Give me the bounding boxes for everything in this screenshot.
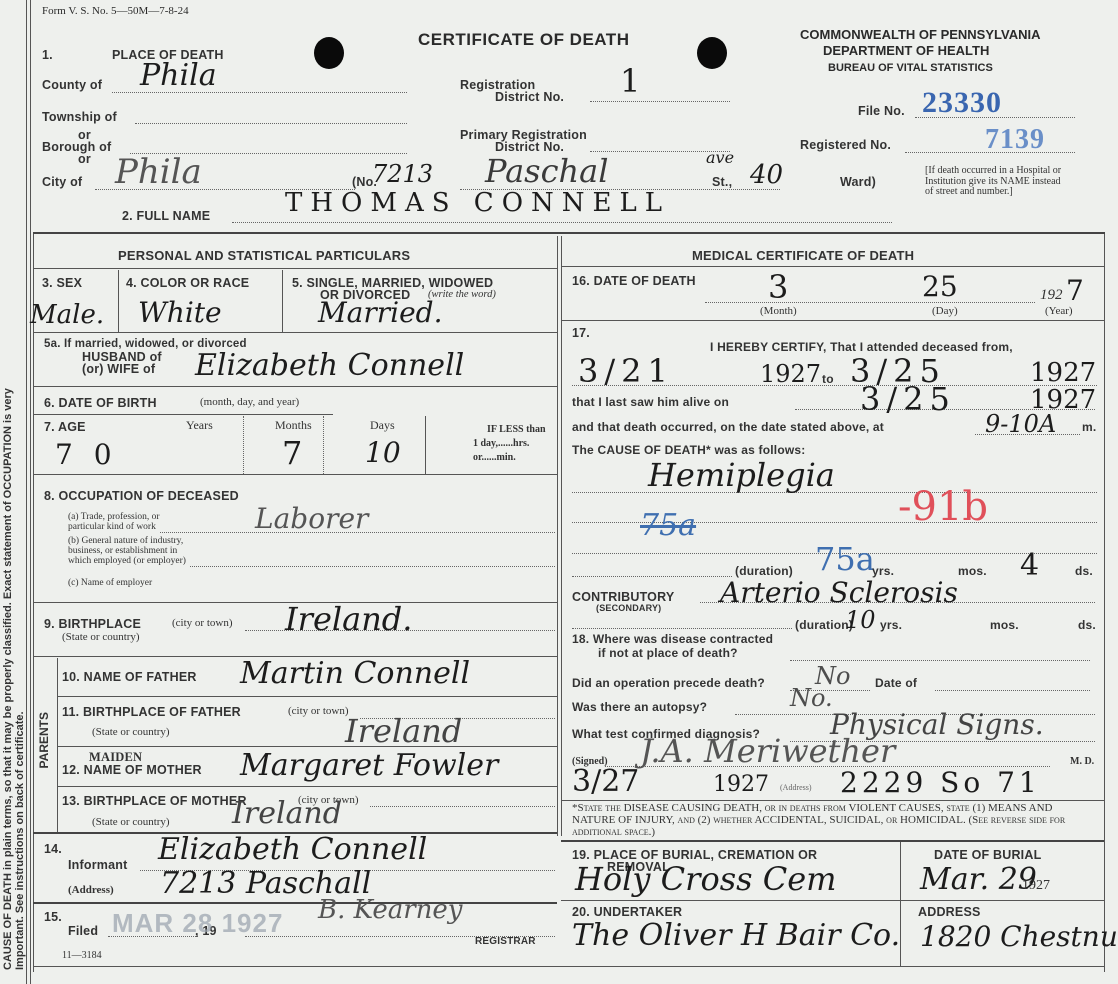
cell-divider bbox=[323, 416, 324, 474]
registered-no-label: Registered No. bbox=[800, 138, 891, 152]
birthplace-label: 9. BIRTHPLACE bbox=[44, 617, 141, 631]
where-label: 18. Where was disease contracted bbox=[572, 632, 773, 646]
agency-line2: DEPARTMENT OF HEALTH bbox=[823, 43, 989, 58]
row-divider bbox=[33, 268, 557, 269]
row-divider bbox=[33, 474, 557, 475]
filed-label: Filed bbox=[68, 924, 98, 938]
race-label: 4. COLOR OR RACE bbox=[126, 276, 249, 290]
day-label: (Day) bbox=[932, 306, 958, 317]
primary-reg-line bbox=[590, 151, 730, 152]
punch-hole bbox=[314, 37, 344, 69]
parents-side-label: PARENTS bbox=[37, 712, 51, 768]
days-label: Days bbox=[370, 420, 395, 431]
death-time-text: and that death occurred, on the date sta… bbox=[572, 420, 884, 434]
birthplace-note: (city or town) bbox=[172, 618, 232, 629]
agency-line3: BUREAU OF VITAL STATISTICS bbox=[828, 62, 993, 74]
occupation-value[interactable]: Laborer bbox=[255, 502, 368, 535]
column-divider bbox=[561, 236, 562, 836]
occ-a-label-2: particular kind of work bbox=[68, 522, 156, 533]
informant-address-label: (Address) bbox=[68, 885, 114, 896]
reg-district-value[interactable]: 1 bbox=[620, 62, 640, 100]
birthplace-note-2: (State or country) bbox=[62, 632, 140, 643]
borough-label: Borough of bbox=[42, 140, 111, 154]
mos-label-2: mos. bbox=[990, 618, 1019, 632]
ward-label: Ward) bbox=[840, 175, 876, 189]
burial-date-value[interactable]: Mar. 29 bbox=[920, 862, 1037, 897]
row-divider bbox=[57, 786, 557, 787]
age-label: 7. AGE bbox=[44, 420, 86, 434]
full-name-value[interactable]: THOMAS CONNELL bbox=[285, 188, 670, 218]
mother-birthplace-value[interactable]: Ireland bbox=[232, 796, 342, 831]
personal-heading: PERSONAL AND STATISTICAL PARTICULARS bbox=[118, 248, 410, 263]
birthplace-value[interactable]: Ireland. bbox=[285, 600, 412, 638]
cause-label: The CAUSE OF DEATH* was as follows: bbox=[572, 443, 805, 457]
less-than-label: IF LESS than bbox=[487, 424, 546, 435]
file-no-value[interactable]: 23330 bbox=[922, 86, 1002, 120]
primary-duration-mos[interactable]: 4 bbox=[1020, 548, 1039, 583]
attended-from-year[interactable]: 1927 bbox=[760, 360, 821, 388]
spouse-label-3: (or) WIFE of bbox=[82, 362, 155, 376]
contributory-duration-yrs[interactable]: 10 bbox=[845, 606, 876, 634]
dod-line bbox=[705, 302, 1035, 303]
row-divider bbox=[57, 696, 557, 697]
cell-divider bbox=[118, 270, 119, 332]
parents-divider bbox=[57, 658, 58, 832]
duration-line bbox=[572, 576, 732, 577]
informant-number: 14. bbox=[44, 842, 62, 856]
left-margin-rule bbox=[30, 0, 31, 984]
occupation-label: 8. OCCUPATION OF DECEASED bbox=[44, 489, 239, 503]
spouse-value[interactable]: Elizabeth Connell bbox=[195, 348, 464, 383]
mother-birthplace-note-2: (State or country) bbox=[92, 817, 170, 828]
age-months-value[interactable]: 7 bbox=[282, 434, 302, 472]
dob-label: 6. DATE OF BIRTH bbox=[44, 396, 157, 410]
burial-date-year: 1927 bbox=[1022, 880, 1050, 891]
autopsy-value[interactable]: No. bbox=[790, 684, 833, 712]
duration-line-2 bbox=[572, 628, 792, 629]
red-code: -91b bbox=[898, 484, 988, 530]
blue-code: 75a bbox=[815, 540, 875, 578]
race-value[interactable]: White bbox=[138, 296, 222, 329]
attended-from-value[interactable]: 3/21 bbox=[578, 352, 674, 390]
row-divider bbox=[57, 746, 557, 747]
autopsy-label: Was there an autopsy? bbox=[572, 700, 707, 714]
form-right-border bbox=[1104, 232, 1105, 972]
burial-date-label: DATE OF BURIAL bbox=[934, 848, 1041, 862]
less-min-label: or......min. bbox=[473, 452, 516, 463]
punch-hole bbox=[697, 37, 727, 69]
or-label-2: or bbox=[78, 152, 91, 166]
less-day-label: 1 day,......hrs. bbox=[473, 438, 529, 449]
cause-value[interactable]: Hemiplegia bbox=[648, 456, 835, 494]
sign-date[interactable]: 3/27 bbox=[572, 764, 639, 799]
undertaker-address-value[interactable]: 1820 Chestnut bbox=[920, 920, 1118, 953]
father-birthplace-label: 11. BIRTHPLACE OF FATHER bbox=[62, 705, 241, 719]
age-days-value[interactable]: 10 bbox=[365, 436, 401, 469]
registered-no-value[interactable]: 7139 bbox=[985, 124, 1045, 156]
dob-note: (month, day, and year) bbox=[200, 397, 299, 408]
date-of-line bbox=[935, 690, 1090, 691]
document-title: CERTIFICATE OF DEATH bbox=[418, 30, 629, 50]
row-divider bbox=[561, 800, 1104, 801]
sign-address-label: (Address) bbox=[780, 782, 812, 793]
mother-name-label: 12. NAME OF MOTHER bbox=[62, 763, 202, 777]
months-label: Months bbox=[275, 420, 312, 431]
sign-year[interactable]: 1927 bbox=[713, 772, 769, 797]
row-divider bbox=[33, 414, 333, 415]
full-name-line bbox=[232, 222, 892, 223]
cert-number: 17. bbox=[572, 326, 590, 340]
age-years-value[interactable]: 7 0 bbox=[55, 438, 118, 471]
marital-value[interactable]: Married. bbox=[318, 296, 442, 329]
dod-year-prefix: 192 bbox=[1040, 290, 1063, 301]
yrs-label-2: yrs. bbox=[880, 618, 902, 632]
column-divider bbox=[557, 236, 558, 836]
undertaker-label: 20. UNDERTAKER bbox=[572, 905, 682, 919]
ds-label-2: ds. bbox=[1078, 618, 1096, 632]
mother-bp-line bbox=[370, 806, 555, 807]
md-label: M. D. bbox=[1070, 756, 1094, 767]
burial-place-value[interactable]: Holy Cross Cem bbox=[575, 860, 836, 898]
occ-c-label: (c) Name of employer bbox=[68, 578, 152, 589]
left-margin-rule bbox=[26, 0, 27, 984]
st-label: St., bbox=[712, 175, 732, 189]
mother-birthplace-label: 13. BIRTHPLACE OF MOTHER bbox=[62, 794, 247, 808]
father-name-value[interactable]: Martin Connell bbox=[240, 656, 470, 691]
sex-value[interactable]: Male. bbox=[30, 300, 104, 330]
informant-value[interactable]: Elizabeth Connell bbox=[158, 832, 427, 867]
county-label: County of bbox=[42, 78, 102, 92]
row-divider bbox=[561, 320, 1104, 321]
cell-divider bbox=[243, 416, 244, 474]
dod-label: 16. DATE OF DEATH bbox=[572, 274, 696, 288]
row-divider bbox=[561, 840, 1104, 842]
footnote: *State the DISEASE CAUSING DEATH, or in … bbox=[572, 802, 1097, 838]
file-no-label: File No. bbox=[858, 104, 905, 118]
dod-year-digit[interactable]: 7 bbox=[1066, 274, 1084, 307]
reg-district-line bbox=[590, 101, 730, 102]
registrar-signature: B. Kearney bbox=[318, 895, 463, 925]
contributory-label: CONTRIBUTORY bbox=[572, 590, 674, 604]
cell-divider bbox=[425, 416, 426, 474]
filed-stamp: MAR 28 1927 bbox=[112, 908, 283, 939]
where-label-2: if not at place of death? bbox=[598, 646, 738, 660]
form-code: 11—3184 bbox=[62, 950, 102, 961]
township-label: Township of bbox=[42, 110, 117, 124]
reg-district-label-2: District No. bbox=[495, 90, 564, 104]
county-value[interactable]: Phila bbox=[140, 58, 217, 93]
death-time-suffix: m. bbox=[1082, 420, 1096, 434]
row-divider bbox=[561, 900, 1104, 901]
operation-label: Did an operation precede death? bbox=[572, 676, 765, 690]
row-divider bbox=[33, 386, 557, 387]
date-of-label: Date of bbox=[875, 676, 917, 690]
dod-month-value[interactable]: 3 bbox=[768, 268, 788, 306]
last-saw-text: that I last saw him alive on bbox=[572, 395, 729, 409]
agency-line1: COMMONWEALTH OF PENNSYLVANIA bbox=[800, 27, 1041, 42]
dod-day-value[interactable]: 25 bbox=[922, 270, 958, 303]
street-name-value[interactable]: Paschal bbox=[485, 152, 608, 190]
signed-value[interactable]: J.A. Meriwether bbox=[640, 732, 895, 770]
bottom-rule bbox=[33, 966, 1105, 967]
place-of-death-number: 1. bbox=[42, 48, 53, 62]
sex-label: 3. SEX bbox=[42, 276, 82, 290]
primary-reg-label-2: District No. bbox=[495, 140, 564, 154]
mother-name-value[interactable]: Margaret Fowler bbox=[240, 748, 498, 783]
struck-code: 75a bbox=[640, 508, 696, 543]
street-number-value[interactable]: 7213 bbox=[372, 160, 433, 188]
sign-address-value[interactable]: 2229 So 71 bbox=[840, 766, 1041, 799]
registrar-label: REGISTRAR bbox=[475, 936, 536, 947]
form-number: Form V. S. No. 5—50M—7-8-24 bbox=[42, 5, 189, 17]
undertaker-value[interactable]: The Oliver H Bair Co. bbox=[572, 918, 900, 953]
township-line bbox=[135, 123, 407, 124]
row-divider bbox=[33, 332, 557, 333]
city-label: City of bbox=[42, 175, 82, 189]
mos-label: mos. bbox=[958, 564, 987, 578]
ward-value[interactable]: 40 bbox=[750, 160, 783, 190]
father-birthplace-note-2: (State or country) bbox=[92, 727, 170, 738]
to-label: to bbox=[822, 372, 834, 386]
row-divider bbox=[561, 266, 1104, 267]
row-divider bbox=[33, 902, 557, 904]
last-saw-value[interactable]: 3/25 bbox=[860, 380, 956, 418]
occ-b-label-3: which employed (or employer) bbox=[68, 556, 186, 567]
header-divider bbox=[33, 232, 1105, 234]
years-label: Years bbox=[186, 420, 213, 431]
city-value[interactable]: Phila bbox=[115, 152, 202, 192]
father-birthplace-value[interactable]: Ireland bbox=[345, 712, 462, 750]
cell-divider bbox=[900, 842, 901, 966]
month-label: (Month) bbox=[760, 306, 797, 317]
where-line bbox=[790, 660, 1090, 661]
father-birthplace-note: (city or town) bbox=[288, 706, 348, 717]
side-margin-text-2: Important. See instructions on back of c… bbox=[14, 540, 26, 970]
informant-label: Informant bbox=[68, 858, 127, 872]
ds-label: ds. bbox=[1075, 564, 1093, 578]
occ-b-line bbox=[190, 566, 555, 567]
full-name-label: 2. FULL NAME bbox=[122, 209, 210, 223]
contributory-value[interactable]: Arterio Sclerosis bbox=[720, 576, 958, 609]
attended-to-year[interactable]: 1927 bbox=[1030, 358, 1096, 388]
hospital-note: [If death occurred in a Hospital or Inst… bbox=[925, 166, 1070, 198]
cell-divider bbox=[282, 270, 283, 332]
filed-number: 15. bbox=[44, 910, 62, 924]
year-label: (Year) bbox=[1045, 306, 1073, 317]
father-name-label: 10. NAME OF FATHER bbox=[62, 670, 197, 684]
side-margin-text: CAUSE OF DEATH in plain terms, so that i… bbox=[2, 10, 14, 970]
secondary-label: (SECONDARY) bbox=[596, 603, 661, 613]
death-time-value[interactable]: 9-10A bbox=[985, 410, 1056, 438]
medical-heading: MEDICAL CERTIFICATE OF DEATH bbox=[692, 248, 914, 263]
undertaker-address-label: ADDRESS bbox=[918, 905, 981, 919]
